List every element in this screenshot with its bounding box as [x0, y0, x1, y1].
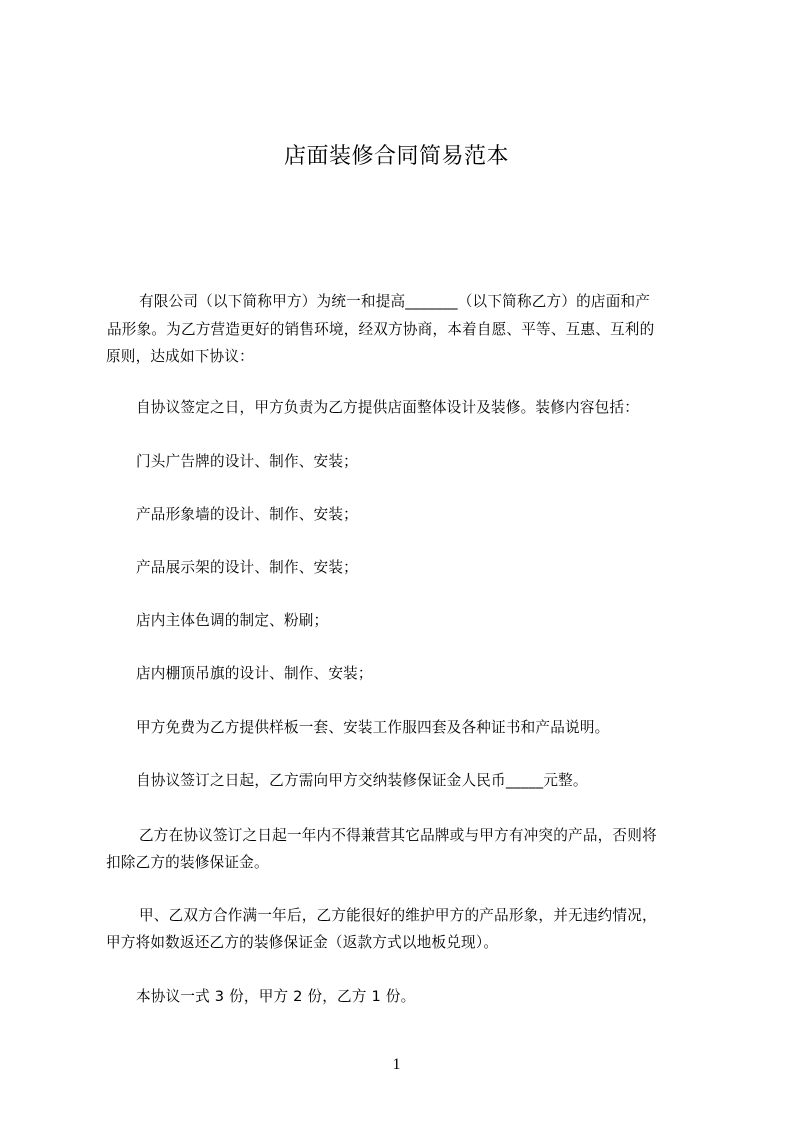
- intro-line-3: 原则，达成如下协议：: [106, 347, 254, 367]
- document-title: 店面装修合同简易范本: [0, 143, 793, 171]
- clause-exclusivity-line-1: 乙方在协议签订之日起一年内不得兼营其它品牌或与甲方有冲突的产品，否则将: [139, 826, 657, 846]
- clause-copies: 本协议一式 3 份，甲方 2 份，乙方 1 份。: [136, 987, 415, 1007]
- clause-decoration-scope: 自协议签定之日，甲方负责为乙方提供店面整体设计及装修。装修内容包括：: [136, 398, 639, 418]
- list-item-signboard: 门头广告牌的设计、制作、安装；: [136, 452, 358, 472]
- document-page: 店面装修合同简易范本 有限公司（以下简称甲方）为统一和提高_______（以下简…: [0, 0, 793, 1122]
- clause-exclusivity-line-2: 扣除乙方的装修保证金。: [106, 853, 269, 873]
- list-item-ceiling-flags: 店内棚顶吊旗的设计、制作、安装；: [136, 664, 373, 684]
- clause-deposit: 自协议签订之日起，乙方需向甲方交纳装修保证金人民币_____元整。: [136, 771, 588, 791]
- clause-refund-line-1: 甲、乙双方合作满一年后，乙方能很好的维护甲方的产品形象，并无违约情况，: [139, 906, 657, 926]
- list-item-display-rack: 产品展示架的设计、制作、安装；: [136, 558, 358, 578]
- clause-free-samples: 甲方免费为乙方提供样板一套、安装工作服四套及各种证书和产品说明。: [136, 718, 609, 738]
- clause-refund-line-2: 甲方将如数返还乙方的装修保证金（返款方式以地板兑现）。: [106, 933, 498, 953]
- intro-line-1: 有限公司（以下简称甲方）为统一和提高_______（以下简称乙方）的店面和产: [139, 292, 650, 312]
- page-number: 1: [0, 1056, 793, 1074]
- intro-line-2: 品形象。为乙方营造更好的销售环境，经双方协商，本着自愿、平等、互惠、互利的: [107, 320, 654, 340]
- list-item-color-scheme: 店内主体色调的制定、粉刷；: [136, 611, 328, 631]
- list-item-image-wall: 产品形象墙的设计、制作、安装；: [136, 505, 358, 525]
